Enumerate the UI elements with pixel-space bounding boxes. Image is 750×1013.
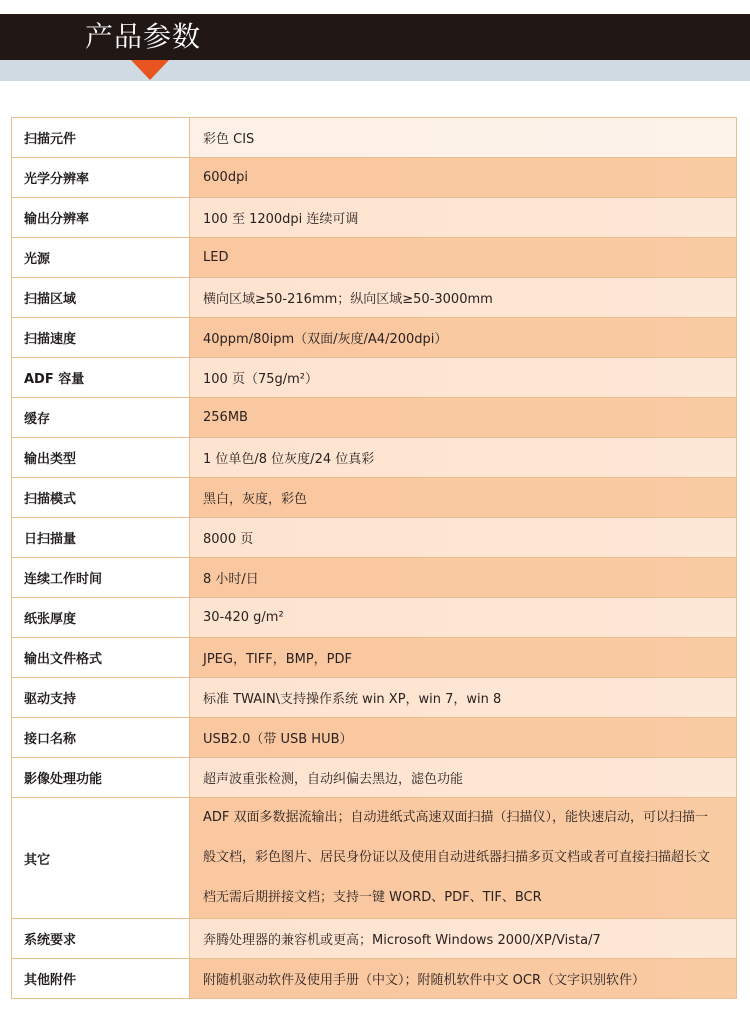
spec-value: LED bbox=[190, 238, 737, 278]
spec-value: 8000 页 bbox=[190, 518, 737, 558]
spec-label: 驱动支持 bbox=[12, 678, 190, 718]
table-row: ADF 容量 100 页（75g/m²） bbox=[12, 358, 737, 398]
spec-label: 光源 bbox=[12, 238, 190, 278]
spec-label: 纸张厚度 bbox=[12, 598, 190, 638]
table-row: 光学分辨率 600dpi bbox=[12, 158, 737, 198]
spec-label: 扫描模式 bbox=[12, 478, 190, 518]
spec-label: 影像处理功能 bbox=[12, 758, 190, 798]
spec-label: 其他附件 bbox=[12, 959, 190, 999]
header-sub-band bbox=[0, 60, 750, 81]
spec-value-multiline: ADF 双面多数据流输出；自动进纸式高速双面扫描（扫描仪），能快速启动，可以扫描… bbox=[190, 798, 737, 919]
spec-value: 彩色 CIS bbox=[190, 118, 737, 158]
table-row: 其它 ADF 双面多数据流输出；自动进纸式高速双面扫描（扫描仪），能快速启动，可… bbox=[12, 798, 737, 919]
spec-label: 接口名称 bbox=[12, 718, 190, 758]
spec-label: 光学分辨率 bbox=[12, 158, 190, 198]
table-row: 影像处理功能 超声波重张检测，自动纠偏去黑边，滤色功能 bbox=[12, 758, 737, 798]
table-row: 扫描模式 黑白，灰度，彩色 bbox=[12, 478, 737, 518]
table-row: 系统要求 奔腾处理器的兼容机或更高；Microsoft Windows 2000… bbox=[12, 919, 737, 959]
spec-value-line: ADF 双面多数据流输出；自动进纸式高速双面扫描（扫描仪），能快速启动，可以扫描… bbox=[203, 798, 736, 838]
spec-label: ADF 容量 bbox=[12, 358, 190, 398]
table-row: 连续工作时间 8 小时/日 bbox=[12, 558, 737, 598]
spec-value: 黑白，灰度，彩色 bbox=[190, 478, 737, 518]
spec-value: 横向区域≥50-216mm；纵向区域≥50-3000mm bbox=[190, 278, 737, 318]
table-row: 扫描区域 横向区域≥50-216mm；纵向区域≥50-3000mm bbox=[12, 278, 737, 318]
table-row: 扫描速度 40ppm/80ipm（双面/灰度/A4/200dpi） bbox=[12, 318, 737, 358]
spec-value: 超声波重张检测，自动纠偏去黑边，滤色功能 bbox=[190, 758, 737, 798]
spec-value: 附随机驱动软件及使用手册（中文）；附随机软件中文 OCR（文字识别软件） bbox=[190, 959, 737, 999]
spec-value: 奔腾处理器的兼容机或更高；Microsoft Windows 2000/XP/V… bbox=[190, 919, 737, 959]
spec-value: 40ppm/80ipm（双面/灰度/A4/200dpi） bbox=[190, 318, 737, 358]
spec-label: 输出类型 bbox=[12, 438, 190, 478]
page-title: 产品参数 bbox=[85, 17, 201, 57]
spec-value: 1 位单色/8 位灰度/24 位真彩 bbox=[190, 438, 737, 478]
spec-value: 30-420 g/m² bbox=[190, 598, 737, 638]
spec-label: 输出分辨率 bbox=[12, 198, 190, 238]
table-row: 输出类型 1 位单色/8 位灰度/24 位真彩 bbox=[12, 438, 737, 478]
table-row: 扫描元件 彩色 CIS bbox=[12, 118, 737, 158]
spec-value: 600dpi bbox=[190, 158, 737, 198]
spec-value-line: 档无需后期拼接文档；支持一键 WORD、PDF、TIF、BCR bbox=[203, 878, 736, 918]
spec-label: 日扫描量 bbox=[12, 518, 190, 558]
table-row: 光源 LED bbox=[12, 238, 737, 278]
spec-label: 连续工作时间 bbox=[12, 558, 190, 598]
spec-value: 100 至 1200dpi 连续可调 bbox=[190, 198, 737, 238]
table-row: 其他附件 附随机驱动软件及使用手册（中文）；附随机软件中文 OCR（文字识别软件… bbox=[12, 959, 737, 999]
spec-label: 扫描速度 bbox=[12, 318, 190, 358]
spec-label: 输出文件格式 bbox=[12, 638, 190, 678]
spec-label: 其它 bbox=[12, 798, 190, 919]
table-row: 输出文件格式 JPEG，TIFF，BMP，PDF bbox=[12, 638, 737, 678]
spec-label: 扫描区域 bbox=[12, 278, 190, 318]
table-row: 接口名称 USB2.0（带 USB HUB） bbox=[12, 718, 737, 758]
spec-value: 8 小时/日 bbox=[190, 558, 737, 598]
spec-value: 标准 TWAIN\支持操作系统 win XP，win 7，win 8 bbox=[190, 678, 737, 718]
table-row: 纸张厚度 30-420 g/m² bbox=[12, 598, 737, 638]
spec-label: 扫描元件 bbox=[12, 118, 190, 158]
spec-value: 100 页（75g/m²） bbox=[190, 358, 737, 398]
spec-value: 256MB bbox=[190, 398, 737, 438]
spec-label: 系统要求 bbox=[12, 919, 190, 959]
spec-label: 缓存 bbox=[12, 398, 190, 438]
table-row: 缓存 256MB bbox=[12, 398, 737, 438]
spec-value: USB2.0（带 USB HUB） bbox=[190, 718, 737, 758]
table-row: 驱动支持 标准 TWAIN\支持操作系统 win XP，win 7，win 8 bbox=[12, 678, 737, 718]
spec-table: 扫描元件 彩色 CIS 光学分辨率 600dpi 输出分辨率 100 至 120… bbox=[11, 117, 737, 999]
arrow-down-icon bbox=[131, 60, 169, 80]
table-row: 日扫描量 8000 页 bbox=[12, 518, 737, 558]
spec-value-line: 般文档，彩色图片、居民身份证以及使用自动进纸器扫描多页文档或者可直接扫描超长文 bbox=[203, 838, 736, 878]
table-row: 输出分辨率 100 至 1200dpi 连续可调 bbox=[12, 198, 737, 238]
spec-value: JPEG，TIFF，BMP，PDF bbox=[190, 638, 737, 678]
